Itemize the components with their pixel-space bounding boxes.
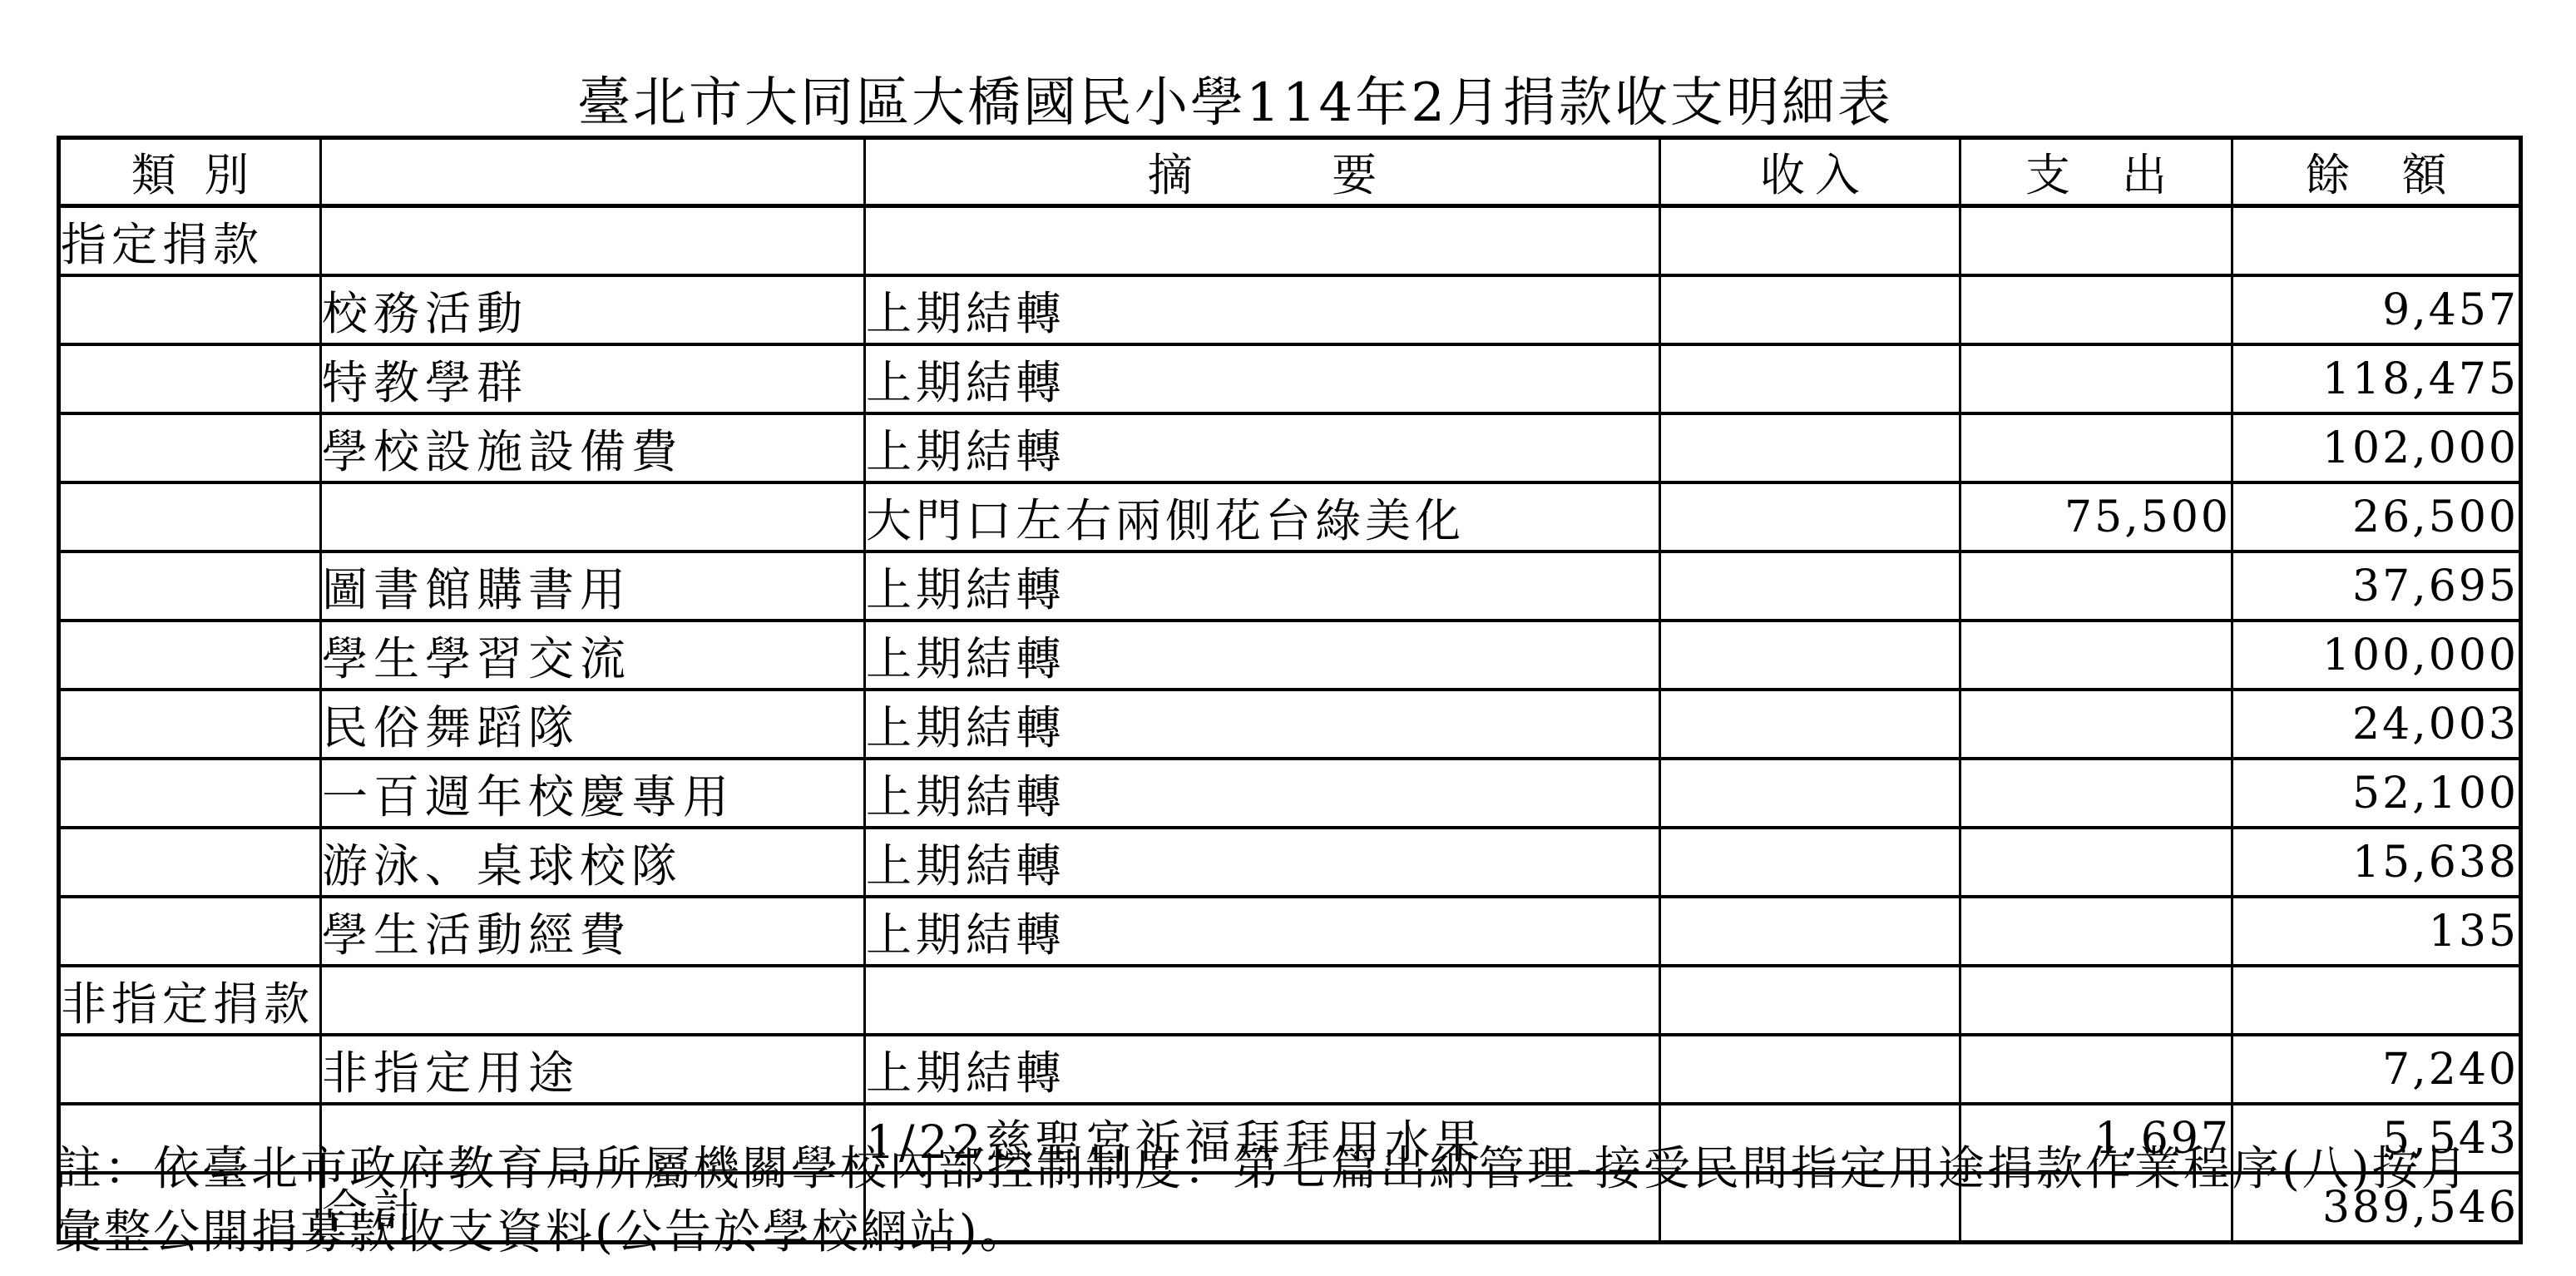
cell-expense (1960, 206, 2232, 276)
cell-subcategory: 校務活動 (321, 275, 865, 344)
cell-balance: 15,638 (2232, 828, 2521, 897)
cell-expense (1960, 966, 2232, 1035)
scanned-document-page: 臺北市大同區大橋國民小學114年2月捐款收支明細表 類別摘要收入支出餘額 指定捐… (0, 0, 2576, 1276)
cell-expense (1960, 413, 2232, 482)
cell-category (59, 897, 321, 966)
cell-balance: 52,100 (2232, 759, 2521, 828)
cell-expense (1960, 897, 2232, 966)
cell-category (59, 1035, 321, 1104)
table-row: 非指定用途上期結轉7,240 (59, 1035, 2521, 1104)
table-row: 非指定捐款 (59, 966, 2521, 1035)
cell-expense (1960, 1035, 2232, 1104)
table-row: 大門口左右兩側花台綠美化75,50026,500 (59, 482, 2521, 551)
header-label-balance: 餘額 (2305, 140, 2498, 204)
cell-income (1660, 551, 1960, 621)
footnote-line-1: 註：依臺北市政府教育局所屬機關學校內部控制制度：第七篇出納管理-接受民間指定用途… (55, 1138, 2559, 1201)
cell-income (1660, 966, 1960, 1035)
table-body: 指定捐款校務活動上期結轉9,457特教學群上期結轉118,475學校設施設備費上… (59, 206, 2521, 1243)
cell-expense (1960, 551, 2232, 621)
cell-category (59, 828, 321, 897)
cell-summary: 上期結轉 (865, 1035, 1660, 1104)
cell-balance (2232, 206, 2521, 276)
cell-balance: 100,000 (2232, 621, 2521, 690)
cell-income (1660, 413, 1960, 482)
cell-category (59, 759, 321, 828)
cell-subcategory: 學校設施設備費 (321, 413, 865, 482)
table-row: 民俗舞蹈隊上期結轉24,003 (59, 690, 2521, 759)
cell-subcategory: 學生活動經費 (321, 897, 865, 966)
cell-balance: 26,500 (2232, 482, 2521, 551)
cell-income (1660, 828, 1960, 897)
cell-expense: 75,500 (1960, 482, 2232, 551)
cell-category (59, 275, 321, 344)
cell-summary: 上期結轉 (865, 621, 1660, 690)
cell-income (1660, 344, 1960, 413)
header-label-category: 類別 (131, 140, 277, 204)
cell-expense (1960, 275, 2232, 344)
cell-summary: 上期結轉 (865, 690, 1660, 759)
cell-income (1660, 1035, 1960, 1104)
cell-category (59, 344, 321, 413)
header-label-income: 收入 (1760, 140, 1870, 204)
cell-subcategory: 特教學群 (321, 344, 865, 413)
table-row: 圖書館購書用上期結轉37,695 (59, 551, 2521, 621)
cell-income (1660, 482, 1960, 551)
cell-expense (1960, 828, 2232, 897)
cell-summary: 上期結轉 (865, 551, 1660, 621)
cell-subcategory: 民俗舞蹈隊 (321, 690, 865, 759)
cell-balance (2232, 966, 2521, 1035)
header-summary: 摘要 (865, 138, 1660, 206)
cell-balance: 24,003 (2232, 690, 2521, 759)
cell-subcategory: 非指定用途 (321, 1035, 865, 1104)
cell-expense (1960, 690, 2232, 759)
cell-balance: 9,457 (2232, 275, 2521, 344)
cell-summary (865, 206, 1660, 276)
donation-ledger-table: 類別摘要收入支出餘額 指定捐款校務活動上期結轉9,457特教學群上期結轉118,… (57, 136, 2523, 1244)
document-title: 臺北市大同區大橋國民小學114年2月捐款收支明細表 (58, 60, 2520, 136)
header-subcategory (321, 138, 865, 206)
table-row: 指定捐款 (59, 206, 2521, 276)
cell-summary: 上期結轉 (865, 828, 1660, 897)
table-row: 學生活動經費上期結轉135 (59, 897, 2521, 966)
cell-summary: 上期結轉 (865, 344, 1660, 413)
cell-summary: 上期結轉 (865, 275, 1660, 344)
header-expense: 支出 (1960, 138, 2232, 206)
cell-summary: 上期結轉 (865, 897, 1660, 966)
cell-category (59, 413, 321, 482)
table-row: 學生學習交流上期結轉100,000 (59, 621, 2521, 690)
header-label-expense: 支出 (2025, 140, 2218, 204)
header-label-summary: 摘要 (1148, 140, 1516, 204)
cell-summary: 上期結轉 (865, 413, 1660, 482)
cell-balance: 37,695 (2232, 551, 2521, 621)
cell-category (59, 482, 321, 551)
table-row: 一百週年校慶專用上期結轉52,100 (59, 759, 2521, 828)
cell-expense (1960, 759, 2232, 828)
cell-summary: 大門口左右兩側花台綠美化 (865, 482, 1660, 551)
cell-subcategory: 學生學習交流 (321, 621, 865, 690)
cell-subcategory: 圖書館購書用 (321, 551, 865, 621)
cell-subcategory (321, 966, 865, 1035)
cell-subcategory (321, 206, 865, 276)
table-header-row: 類別摘要收入支出餘額 (59, 138, 2521, 206)
table-row: 特教學群上期結轉118,475 (59, 344, 2521, 413)
cell-category (59, 551, 321, 621)
cell-subcategory: 游泳、桌球校隊 (321, 828, 865, 897)
cell-income (1660, 621, 1960, 690)
header-balance: 餘額 (2232, 138, 2521, 206)
cell-balance: 7,240 (2232, 1035, 2521, 1104)
cell-income (1660, 759, 1960, 828)
cell-subcategory: 一百週年校慶專用 (321, 759, 865, 828)
header-row: 類別摘要收入支出餘額 (59, 138, 2521, 206)
cell-category (59, 690, 321, 759)
cell-expense (1960, 344, 2232, 413)
cell-summary (865, 966, 1660, 1035)
cell-income (1660, 897, 1960, 966)
footnote-line-2: 彙整公開捐募款收支資料(公告於學校網站)。 (55, 1201, 2559, 1264)
cell-income (1660, 690, 1960, 759)
footnote: 註：依臺北市政府教育局所屬機關學校內部控制制度：第七篇出納管理-接受民間指定用途… (55, 1138, 2559, 1264)
cell-balance: 118,475 (2232, 344, 2521, 413)
cell-income (1660, 275, 1960, 344)
header-category: 類別 (59, 138, 321, 206)
cell-income (1660, 206, 1960, 276)
table-row: 游泳、桌球校隊上期結轉15,638 (59, 828, 2521, 897)
cell-expense (1960, 621, 2232, 690)
cell-balance: 135 (2232, 897, 2521, 966)
cell-category: 指定捐款 (59, 206, 321, 276)
cell-subcategory (321, 482, 865, 551)
cell-category: 非指定捐款 (59, 966, 321, 1035)
cell-summary: 上期結轉 (865, 759, 1660, 828)
cell-balance: 102,000 (2232, 413, 2521, 482)
cell-category (59, 621, 321, 690)
table-row: 校務活動上期結轉9,457 (59, 275, 2521, 344)
header-income: 收入 (1660, 138, 1960, 206)
table-row: 學校設施設備費上期結轉102,000 (59, 413, 2521, 482)
